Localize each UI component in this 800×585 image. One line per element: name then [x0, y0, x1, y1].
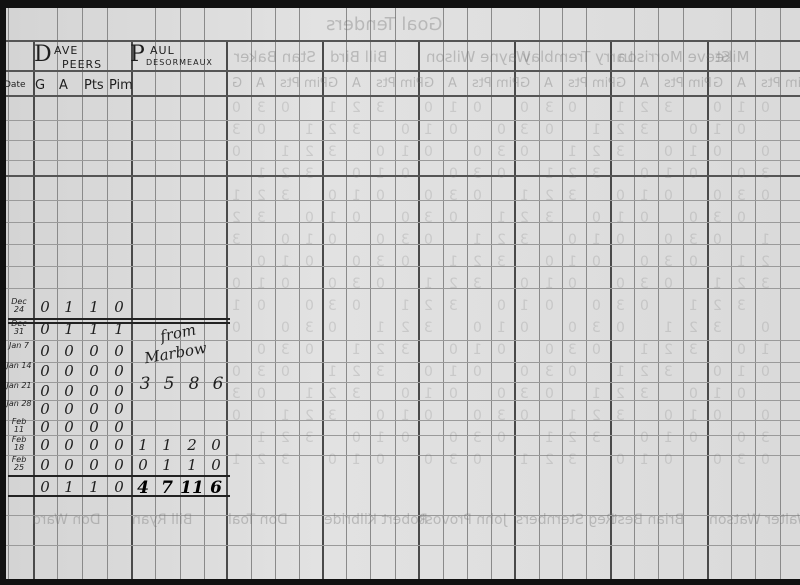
grid-vline: [395, 8, 396, 579]
ghost-digit: 3: [376, 364, 385, 380]
ghost-digit: 0: [449, 386, 458, 402]
ghost-digit: 0: [424, 100, 433, 116]
date-label: Date: [4, 80, 26, 90]
ghost-digit: 3: [473, 166, 482, 182]
ghost-digit: 0: [424, 232, 433, 248]
ghost-digit: 1: [352, 188, 361, 204]
ghost-player-name: Wayne Wilson: [426, 48, 531, 66]
ghost-digit: 0: [664, 232, 673, 248]
ghost-digit: 1: [616, 364, 625, 380]
desormeaux-total-cell: 6: [204, 478, 228, 498]
ghost-digit: 1: [328, 364, 337, 380]
grid-hline: [6, 140, 800, 141]
row-date: Dec 31: [6, 320, 32, 336]
ghost-digit: 2: [257, 188, 266, 204]
ghost-digit: 0: [616, 276, 625, 292]
ghost-bottom-name: Robert Kilbride: [324, 512, 428, 528]
ghost-digit: 2: [281, 166, 290, 182]
ghost-digit: 2: [592, 144, 601, 160]
peers-stat-cell: 0: [33, 400, 57, 418]
ghost-digit: 3: [401, 342, 410, 358]
ghost-digit: 0: [257, 122, 266, 138]
peers-stat-cell: 0: [57, 382, 81, 400]
peers-total-cell: 0: [33, 478, 57, 496]
ghost-digit: 1: [664, 430, 673, 446]
ghost-digit: 0: [713, 188, 722, 204]
grid-vline: [8, 8, 9, 579]
ghost-digit: 1: [761, 232, 770, 248]
ghost-digit: 1: [520, 188, 529, 204]
desormeaux-stat-cell: 0: [204, 436, 228, 454]
ghost-digit: 0: [328, 188, 337, 204]
ghost-digit: 1: [497, 210, 506, 226]
ghost-stat-header: A: [448, 76, 457, 91]
row-date: Feb 25: [6, 456, 32, 472]
peers-stat-cell: 0: [57, 456, 81, 474]
ghost-digit: 3: [545, 364, 554, 380]
ghost-digit: 0: [689, 430, 698, 446]
ghost-digit: 3: [424, 210, 433, 226]
ghost-digit: 1: [232, 188, 241, 204]
grid-vline: [467, 8, 468, 579]
ghost-digit: 0: [737, 210, 746, 226]
ghost-digit: 3: [545, 210, 554, 226]
ghost-digit: 1: [545, 166, 554, 182]
ghost-stat-header: Pts: [664, 76, 684, 91]
ghost-digit: 1: [328, 210, 337, 226]
peers-stat-cell: 0: [82, 418, 106, 436]
ghost-digit: 2: [328, 122, 337, 138]
ghost-digit: 1: [401, 408, 410, 424]
ghost-digit: 0: [305, 298, 314, 314]
ghost-digit: 0: [737, 166, 746, 182]
ghost-digit: 3: [449, 452, 458, 468]
ghost-stat-header: G: [328, 76, 338, 91]
stat-header-a: A: [59, 78, 68, 93]
ghost-digit: 0: [664, 188, 673, 204]
stat-header-pim: Pim: [109, 78, 133, 93]
ghost-digit: 3: [545, 100, 554, 116]
ghost-digit: 0: [520, 364, 529, 380]
ghost-digit: 0: [281, 100, 290, 116]
ghost-digit: 0: [257, 298, 266, 314]
ghost-digit: 2: [545, 188, 554, 204]
ghost-digit: 1: [568, 254, 577, 270]
ghost-digit: 0: [689, 166, 698, 182]
ghost-digit: 0: [449, 122, 458, 138]
ghost-digit: 2: [305, 144, 314, 160]
grid-vline: [539, 8, 540, 579]
ghost-stat-header: A: [352, 76, 361, 91]
ghost-digit: 0: [376, 452, 385, 468]
ghost-digit: 0: [737, 342, 746, 358]
stat-header-pts: Pts: [84, 78, 104, 93]
ghost-digit: 2: [689, 320, 698, 336]
ghost-digit: 3: [232, 386, 241, 402]
player-2-first: AUL: [150, 44, 175, 57]
ghost-digit: 0: [257, 386, 266, 402]
ghost-digit: 3: [232, 122, 241, 138]
ghost-digit: 1: [401, 298, 410, 314]
ghost-digit: 1: [232, 298, 241, 314]
ghost-digit: 0: [761, 364, 770, 380]
peers-stat-cell: 1: [57, 298, 81, 316]
grid-hline: [6, 340, 800, 341]
ghost-digit: 3: [520, 232, 529, 248]
ghost-digit: 0: [737, 386, 746, 402]
ghost-digit: 0: [281, 364, 290, 380]
ghost-digit: 0: [689, 386, 698, 402]
ghost-digit: 1: [473, 342, 482, 358]
peers-stat-cell: 1: [82, 298, 106, 316]
ghost-stat-header: A: [640, 76, 649, 91]
desormeaux-stat-cell: 1: [155, 436, 179, 454]
ghost-digit: 1: [713, 122, 722, 138]
ghost-digit: 1: [713, 386, 722, 402]
ghost-digit: 0: [713, 364, 722, 380]
ghost-stat-header: A: [737, 76, 746, 91]
ghost-digit: 1: [737, 100, 746, 116]
ghost-digit: 0: [497, 430, 506, 446]
ghost-digit: 0: [713, 452, 722, 468]
grid-hline: [6, 545, 800, 546]
ghost-digit: 1: [545, 276, 554, 292]
ghost-digit: 3: [568, 452, 577, 468]
ghost-digit: 1: [497, 320, 506, 336]
desormeaux-stat-cell: 0: [131, 456, 155, 474]
ghost-digit: 1: [473, 232, 482, 248]
ghost-digit: 0: [401, 430, 410, 446]
ghost-stat-header: G: [232, 76, 242, 91]
ghost-digit: 0: [592, 342, 601, 358]
peers-stat-cell: 0: [33, 436, 57, 454]
peers-stat-cell: 0: [107, 298, 131, 316]
ghost-digit: 1: [592, 232, 601, 248]
ghost-digit: 1: [689, 408, 698, 424]
ghost-digit: 1: [424, 122, 433, 138]
grid-hline: [6, 288, 800, 289]
ghost-digit: 2: [664, 342, 673, 358]
ghost-digit: 1: [449, 254, 458, 270]
row-date: Jan 14: [6, 362, 32, 370]
ghost-digit: 3: [664, 254, 673, 270]
ghost-digit: 3: [281, 188, 290, 204]
desormeaux-stat-cell: 2: [180, 436, 204, 454]
ghost-digit: 1: [568, 144, 577, 160]
ghost-digit: 0: [352, 430, 361, 446]
ghost-digit: 3: [424, 320, 433, 336]
ghost-digit: 3: [761, 166, 770, 182]
peers-stat-cell: 0: [82, 342, 106, 360]
ghost-digit: 0: [424, 188, 433, 204]
peers-stat-cell: 0: [33, 418, 57, 436]
ghost-digit: 1: [376, 166, 385, 182]
carried-stat-cell: 8: [182, 374, 206, 394]
ghost-digit: 0: [689, 210, 698, 226]
ghost-digit: 0: [232, 100, 241, 116]
ghost-digit: 0: [376, 408, 385, 424]
ghost-digit: 0: [545, 342, 554, 358]
grid-hline: [6, 160, 800, 161]
ghost-digit: 2: [497, 232, 506, 248]
ghost-digit: 1: [640, 342, 649, 358]
ghost-digit: 0: [257, 342, 266, 358]
ghost-digit: 0: [497, 386, 506, 402]
ghost-player-name: Steve Morrison: [618, 48, 730, 66]
ghost-digit: 0: [713, 232, 722, 248]
ghost-digit: 0: [497, 298, 506, 314]
ghost-digit: 0: [376, 188, 385, 204]
ghost-digit: 0: [352, 254, 361, 270]
ghost-stat-header: Pim: [785, 76, 800, 91]
ghost-digit: 1: [257, 276, 266, 292]
ghost-digit: 3: [328, 298, 337, 314]
grid-vline: [658, 8, 659, 579]
ghost-digit: 0: [328, 232, 337, 248]
player-2-initial: P: [130, 42, 145, 67]
ghost-bottom-name: Don Ward: [32, 512, 101, 528]
peers-stat-cell: 0: [82, 400, 106, 418]
ghost-digit: 3: [616, 144, 625, 160]
ghost-digit: 3: [664, 364, 673, 380]
peers-stat-cell: 0: [33, 298, 57, 316]
peers-stat-cell: 0: [107, 382, 131, 400]
ghost-digit: 3: [257, 210, 266, 226]
ghost-digit: 1: [640, 452, 649, 468]
ghost-title: Goal Tenders: [326, 14, 442, 35]
ghost-digit: 1: [689, 144, 698, 160]
row-date: Jan 7: [6, 342, 32, 350]
grid-vline: [634, 8, 635, 579]
grid-vline: [251, 8, 252, 579]
ghost-digit: 0: [761, 188, 770, 204]
ghost-digit: 0: [592, 254, 601, 270]
grid-vline: [780, 8, 781, 579]
peers-stat-cell: 0: [57, 436, 81, 454]
ghost-digit: 0: [616, 452, 625, 468]
ghost-digit: 0: [401, 210, 410, 226]
ghost-digit: 1: [545, 430, 554, 446]
ghost-digit: 3: [568, 342, 577, 358]
grid-hline: [8, 475, 230, 477]
peers-stat-cell: 0: [33, 342, 57, 360]
ghost-digit: 1: [616, 210, 625, 226]
ghost-digit: 0: [713, 144, 722, 160]
ghost-digit: 2: [616, 386, 625, 402]
ghost-digit: 0: [568, 276, 577, 292]
ghost-digit: 1: [664, 166, 673, 182]
ghost-digit: 1: [305, 232, 314, 248]
ghost-digit: 3: [689, 342, 698, 358]
ghost-digit: 0: [449, 166, 458, 182]
ghost-digit: 0: [640, 254, 649, 270]
ghost-digit: 1: [449, 364, 458, 380]
grid-hline: [6, 95, 800, 97]
desormeaux-stat-cell: 1: [155, 456, 179, 474]
ghost-digit: 0: [473, 408, 482, 424]
peers-total-cell: 1: [82, 478, 106, 496]
ghost-digit: 0: [713, 408, 722, 424]
ghost-player-name: Larry Tremblay: [522, 48, 634, 66]
peers-stat-cell: 0: [57, 342, 81, 360]
ghost-stat-header: Pts: [280, 76, 300, 91]
ghost-stat-header: Pts: [472, 76, 492, 91]
carried-stat-cell: 6: [206, 374, 230, 394]
ghost-digit: 3: [713, 320, 722, 336]
grid-vline: [443, 8, 444, 579]
ghost-digit: 1: [305, 122, 314, 138]
ghost-digit: 2: [568, 430, 577, 446]
ghost-digit: 2: [401, 320, 410, 336]
ghost-digit: 0: [473, 364, 482, 380]
ghost-digit: 3: [449, 188, 458, 204]
ghost-digit: 1: [640, 188, 649, 204]
ghost-digit: 0: [640, 298, 649, 314]
grid-vline: [370, 8, 371, 579]
ghost-digit: 3: [616, 408, 625, 424]
ghost-digit: 2: [640, 100, 649, 116]
ghost-digit: 0: [449, 430, 458, 446]
ghost-digit: 1: [401, 144, 410, 160]
ghost-digit: 3: [689, 232, 698, 248]
ghost-digit: 0: [761, 320, 770, 336]
ghost-digit: 3: [592, 430, 601, 446]
grid-vline: [731, 8, 732, 579]
ghost-digit: 1: [713, 276, 722, 292]
ghost-digit: 3: [713, 210, 722, 226]
peers-stat-cell: 0: [57, 362, 81, 380]
ghost-digit: 0: [640, 430, 649, 446]
ghost-digit: 3: [737, 188, 746, 204]
ghost-digit: 0: [761, 452, 770, 468]
ghost-digit: 3: [352, 122, 361, 138]
peers-stat-cell: 0: [33, 362, 57, 380]
ghost-digit: 2: [257, 452, 266, 468]
ghost-digit: 0: [352, 210, 361, 226]
grid-vline: [275, 8, 276, 579]
carried-stat-cell: 5: [157, 374, 181, 394]
ghost-digit: 1: [520, 452, 529, 468]
ghost-digit: 3: [520, 122, 529, 138]
ghost-digit: 2: [352, 100, 361, 116]
ghost-digit: 0: [520, 320, 529, 336]
ghost-digit: 1: [328, 100, 337, 116]
ghost-digit: 1: [424, 276, 433, 292]
peers-stat-cell: 1: [107, 320, 131, 338]
ghost-digit: 3: [592, 320, 601, 336]
ghost-digit: 3: [737, 452, 746, 468]
ghost-digit: 0: [473, 452, 482, 468]
ghost-digit: 0: [568, 100, 577, 116]
peers-stat-cell: 0: [107, 400, 131, 418]
ghost-digit: 3: [473, 430, 482, 446]
ghost-digit: 0: [520, 144, 529, 160]
ghost-digit: 0: [424, 144, 433, 160]
ghost-digit: 1: [689, 298, 698, 314]
ghost-digit: 0: [473, 188, 482, 204]
ghost-digit: 0: [520, 100, 529, 116]
peers-stat-cell: 0: [57, 418, 81, 436]
ghost-digit: 3: [520, 386, 529, 402]
ghost-digit: 2: [616, 122, 625, 138]
ghost-digit: 3: [640, 386, 649, 402]
ghost-digit: 0: [232, 320, 241, 336]
ghost-digit: 0: [761, 100, 770, 116]
ghost-digit: 0: [520, 408, 529, 424]
ghost-digit: 3: [497, 408, 506, 424]
ghost-digit: 3: [305, 320, 314, 336]
ghost-digit: 3: [449, 298, 458, 314]
ghost-stat-header: Pim: [304, 76, 328, 91]
ghost-digit: 1: [616, 100, 625, 116]
desormeaux-total-cell: 4: [131, 478, 155, 498]
row-date: Feb 18: [6, 436, 32, 452]
ghost-digit: 0: [713, 100, 722, 116]
ghost-digit: 0: [473, 320, 482, 336]
ghost-digit: 0: [257, 254, 266, 270]
grid-vline: [299, 8, 300, 579]
ghost-digit: 0: [737, 122, 746, 138]
ghost-digit: 0: [281, 276, 290, 292]
ghost-digit: 1: [305, 386, 314, 402]
row-date: Dec 24: [6, 298, 32, 314]
ghost-digit: 1: [737, 254, 746, 270]
row-date: Jan 28: [6, 400, 32, 408]
ghost-digit: 0: [545, 122, 554, 138]
ghost-digit: 3: [376, 254, 385, 270]
ghost-digit: 3: [761, 430, 770, 446]
peers-stat-cell: 0: [107, 436, 131, 454]
ghost-digit: 3: [257, 100, 266, 116]
peers-stat-cell: 0: [33, 320, 57, 338]
peers-stat-cell: 0: [107, 418, 131, 436]
ghost-digit: 0: [401, 122, 410, 138]
ghost-digit: 0: [473, 100, 482, 116]
ghost-digit: 0: [232, 144, 241, 160]
ghost-digit: 3: [281, 342, 290, 358]
peers-stat-cell: 0: [107, 362, 131, 380]
ghost-digit: 0: [281, 232, 290, 248]
row-date: Feb 11: [6, 418, 32, 434]
ghost-stat-header: G: [616, 76, 626, 91]
ghost-digit: 1: [520, 298, 529, 314]
ghost-digit: 2: [545, 452, 554, 468]
ghost-bottom-name: Walter Watson: [709, 512, 800, 528]
ghost-digit: 1: [232, 452, 241, 468]
peers-stat-cell: 0: [107, 342, 131, 360]
grid-hline: [6, 40, 800, 42]
ghost-digit: 1: [761, 342, 770, 358]
ghost-stat-header: G: [424, 76, 434, 91]
ghost-digit: 1: [281, 144, 290, 160]
ghost-digit: 0: [281, 320, 290, 336]
ghost-digit: 0: [640, 166, 649, 182]
ghost-bottom-name: Bill Ryan: [132, 512, 192, 528]
peers-stat-cell: 0: [57, 400, 81, 418]
ghost-digit: 1: [449, 100, 458, 116]
ghost-stat-header: Pim: [400, 76, 424, 91]
ghost-digit: 0: [232, 276, 241, 292]
ghost-bottom-name: Brian Best: [612, 512, 684, 528]
ghost-digit: 1: [592, 386, 601, 402]
ghost-digit: 0: [616, 232, 625, 248]
ghost-digit: 0: [689, 254, 698, 270]
peers-total-cell: 0: [107, 478, 131, 496]
ghost-bottom-name: Reg Sternbers: [516, 512, 615, 528]
ghost-digit: 3: [376, 100, 385, 116]
ghost-digit: 0: [497, 342, 506, 358]
grid-vline: [346, 8, 347, 579]
